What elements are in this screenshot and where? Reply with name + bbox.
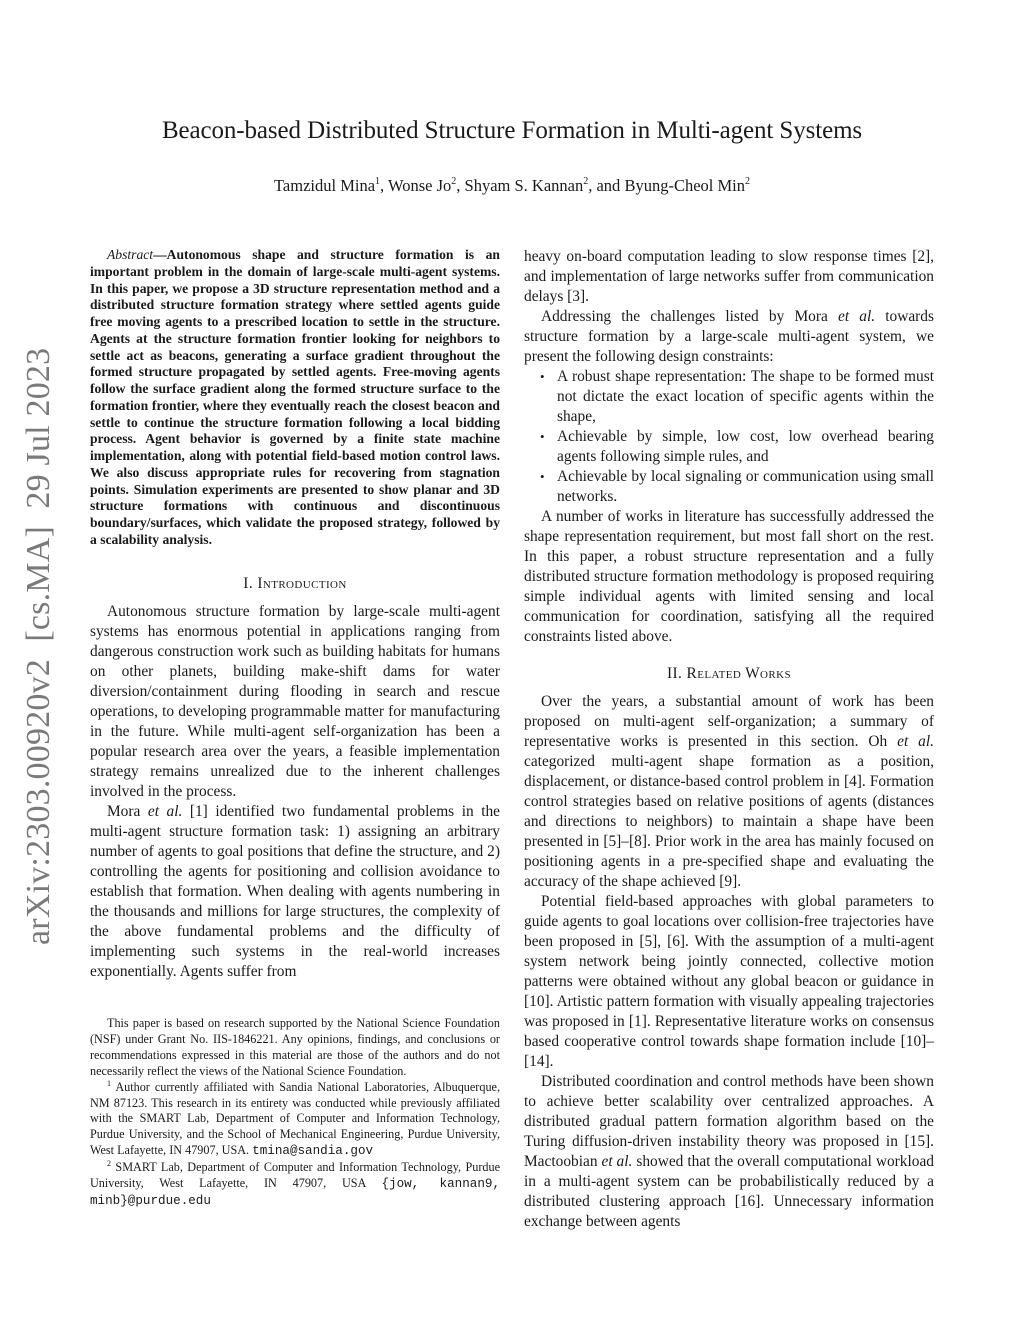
section-number: II. <box>667 665 682 682</box>
author-affiliation-mark: 2 <box>745 176 750 187</box>
list-item: A robust shape representation: The shape… <box>557 367 934 427</box>
italic-span: et al. <box>148 803 182 820</box>
author-separator: , <box>380 176 388 195</box>
italic-span: et al. <box>601 1153 632 1170</box>
intro-paragraph-1: Autonomous structure formation by large-… <box>90 602 500 802</box>
related-paragraph-3: Distributed coordination and control met… <box>524 1072 934 1232</box>
footnote-1: 1 Author currently affiliated with Sandi… <box>90 1080 500 1161</box>
author-list: Tamzidul Mina1, Wonse Jo2, Shyam S. Kann… <box>0 176 1024 196</box>
email-link[interactable]: tmina@sandia.gov <box>252 1144 373 1158</box>
footnotes: This paper is based on research supporte… <box>90 1016 500 1210</box>
italic-span: et al. <box>838 308 875 325</box>
abstract: Abstract—Autonomous shape and structure … <box>90 247 500 549</box>
section-number: I. <box>243 575 253 592</box>
abstract-label: Abstract <box>107 247 153 262</box>
author-name: Byung-Cheol Min <box>624 176 745 195</box>
author-separator: , <box>456 176 464 195</box>
intro-paragraph-3: Addressing the challenges listed by Mora… <box>524 307 934 367</box>
related-paragraph-1: Over the years, a substantial amount of … <box>524 692 934 892</box>
text-span: categorized multi-agent shape formation … <box>524 753 934 890</box>
section-title: Introduction <box>257 575 346 592</box>
left-column: Abstract—Autonomous shape and structure … <box>90 247 500 982</box>
author-separator: , and <box>588 176 624 195</box>
intro-paragraph-2: Mora et al. [1] identified two fundament… <box>90 802 500 982</box>
design-constraints-list: A robust shape representation: The shape… <box>524 367 934 507</box>
arxiv-stamp: arXiv:2303.00920v2 [cs.MA] 29 Jul 2023 <box>20 348 58 945</box>
author-name: Tamzidul Mina <box>274 176 375 195</box>
author-name: Shyam S. Kannan <box>465 176 584 195</box>
section-heading-introduction: I. Introduction <box>90 575 500 593</box>
footnote-2: 2 SMART Lab, Department of Computer and … <box>90 1160 500 1210</box>
text-span: [1] identified two fundamental problems … <box>90 803 500 980</box>
abstract-dash: — <box>153 247 167 262</box>
list-item: Achievable by local signaling or communi… <box>557 467 934 507</box>
list-item: Achievable by simple, low cost, low over… <box>557 427 934 467</box>
section-heading-related-works: II. Related Works <box>524 665 934 683</box>
abstract-text: Autonomous shape and structure formation… <box>90 247 500 547</box>
related-paragraph-2: Potential field-based approaches with gl… <box>524 892 934 1072</box>
text-span: Over the years, a substantial amount of … <box>524 693 934 750</box>
intro-paragraph-4: A number of works in literature has succ… <box>524 507 934 647</box>
funding-footnote: This paper is based on research supporte… <box>90 1016 500 1080</box>
paper-title: Beacon-based Distributed Structure Forma… <box>0 117 1024 145</box>
author-name: Wonse Jo <box>388 176 451 195</box>
intro-paragraph-2-continued: heavy on-board computation leading to sl… <box>524 247 934 307</box>
text-span: Mora <box>107 803 148 820</box>
italic-span: et al. <box>897 733 934 750</box>
section-title: Related Works <box>687 665 791 682</box>
text-span: Addressing the challenges listed by Mora <box>541 308 838 325</box>
right-column: heavy on-board computation leading to sl… <box>524 247 934 1232</box>
